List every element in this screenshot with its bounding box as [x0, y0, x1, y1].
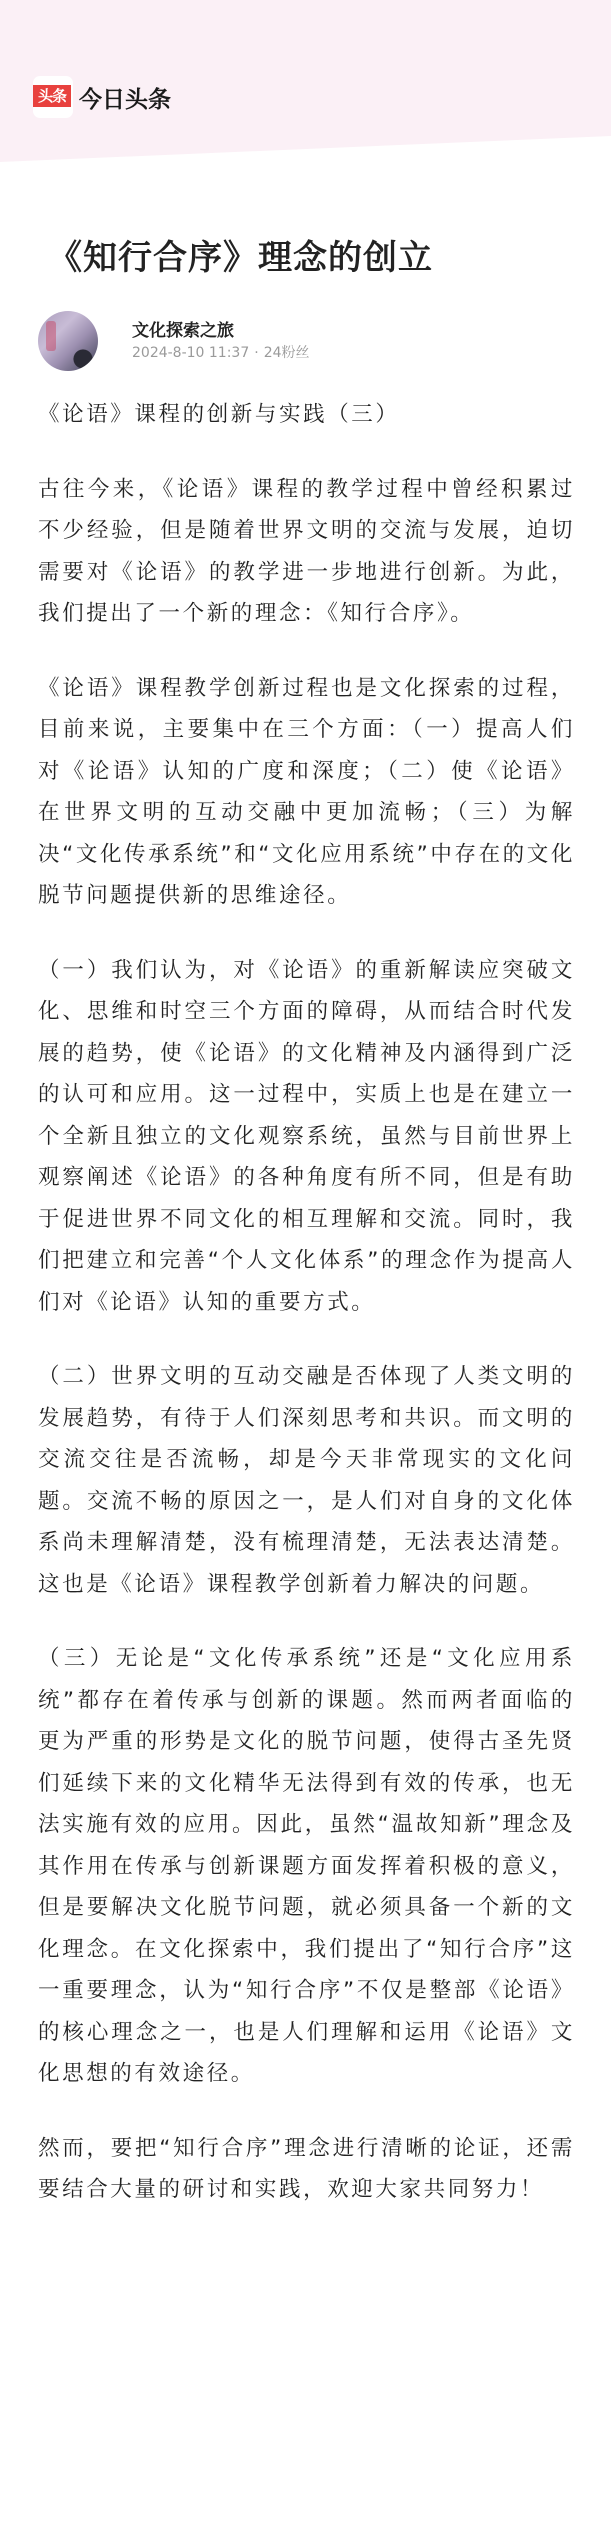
site-header: 头条 今日头条: [0, 0, 611, 170]
author-name[interactable]: 文化探索之旅: [132, 320, 310, 342]
toutiao-logo-icon: 头条: [33, 76, 73, 118]
article-subtitle: 《论语》课程的创新与实践（三）: [38, 394, 575, 436]
paragraph: 然而，要把“知行合序”理念进行清晰的论证，还需要结合大量的研讨和实践，欢迎大家共…: [38, 2128, 575, 2211]
brand-name: 今日头条: [79, 81, 171, 114]
author-avatar[interactable]: [38, 311, 98, 371]
publish-date: 2024-8-10 11:37: [132, 345, 249, 361]
article-title: 《知行合序》理念的创立: [48, 236, 575, 280]
logo-badge: 头条: [33, 85, 71, 107]
paragraph: （三）无论是“文化传承系统”还是“文化应用系统”都存在着传承与创新的课题。然而两…: [38, 1638, 575, 2095]
article-body: 《论语》课程的创新与实践（三） 古往今来，《论语》课程的教学过程中曾经积累过不少…: [38, 394, 575, 2211]
meta-separator: ·: [254, 345, 258, 361]
paragraph: （二）世界文明的互动交融是否体现了人类文明的发展趋势，有待于人们深刻思考和共识。…: [38, 1356, 575, 1605]
author-info: 文化探索之旅 2024-8-10 11:37·24粉丝: [132, 320, 310, 363]
author-meta: 2024-8-10 11:37·24粉丝: [132, 343, 310, 363]
paragraph: （一）我们认为，对《论语》的重新解读应突破文化、思维和时空三个方面的障碍，从而结…: [38, 950, 575, 1324]
brand-link[interactable]: 头条 今日头条: [33, 76, 171, 118]
paragraph: 《论语》课程教学创新过程也是文化探索的过程，目前来说，主要集中在三个方面：（一）…: [38, 668, 575, 917]
author-block: 文化探索之旅 2024-8-10 11:37·24粉丝: [38, 310, 575, 372]
paragraph: 古往今来，《论语》课程的教学过程中曾经积累过不少经验，但是随着世界文明的交流与发…: [38, 469, 575, 635]
follower-count: 24粉丝: [264, 345, 310, 361]
article: 《知行合序》理念的创立 文化探索之旅 2024-8-10 11:37·24粉丝 …: [0, 236, 611, 2211]
